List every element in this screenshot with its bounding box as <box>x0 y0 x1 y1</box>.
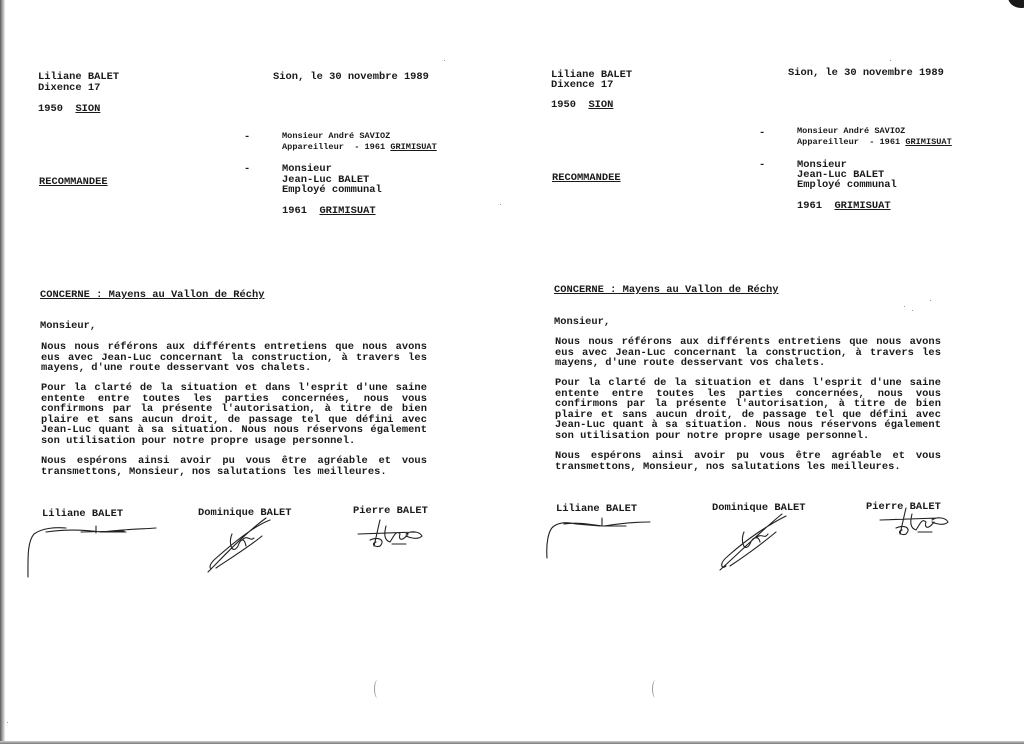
recipient-2-postcode: 1961 <box>282 205 307 217</box>
paragraph-1: Nous nous référons aux différents entret… <box>41 342 427 374</box>
sender-locality: 1950 SION <box>551 100 613 111</box>
place-date: Sion, le 30 novembre 1989 <box>788 68 944 79</box>
recipient-bullet: - <box>759 128 765 139</box>
sender-city: SION <box>75 103 100 115</box>
signature-dominique-icon <box>204 516 274 574</box>
place-date: Sion, le 30 novembre 1989 <box>273 72 429 83</box>
scan-speck <box>500 204 501 205</box>
signature-pierre-icon <box>878 506 948 542</box>
sender-locality: 1950 SION <box>38 104 100 115</box>
scan-speck <box>930 300 931 301</box>
sender-street: Dixence 17 <box>38 83 100 94</box>
recipient-1-city: GRIMISUAT <box>905 137 951 147</box>
sender-street: Dixence 17 <box>551 80 613 91</box>
signature-liliane-icon <box>546 516 656 560</box>
recipient-2-line3: Employé communal <box>797 180 897 191</box>
signature-liliane-icon <box>26 520 166 580</box>
signature-pierre-icon <box>356 518 426 554</box>
recipient-1-profession: Appareilleur - 1961 <box>797 137 905 147</box>
sender-city: SION <box>588 99 613 111</box>
recipient-2-postcode: 1961 <box>797 200 822 212</box>
sender-postcode: 1950 <box>551 99 576 111</box>
scan-speck <box>444 60 445 61</box>
recipient-1-line2: Appareilleur - 1961 GRIMISUAT <box>282 142 437 153</box>
recipient-1-city: GRIMISUAT <box>390 142 436 152</box>
scan-speck <box>904 306 905 307</box>
recipient-1-line1: Monsieur André SAVIOZ <box>282 131 390 142</box>
mention-recommandee: RECOMMANDEE <box>552 173 621 184</box>
paragraph-1: Nous nous référons aux différents entret… <box>555 337 941 369</box>
signatory-3-name: Pierre BALET <box>353 506 428 517</box>
signatory-1-name: Liliane BALET <box>42 509 123 520</box>
subject-line: CONCERNE : Mayens au Vallon de Réchy <box>40 290 264 301</box>
letter-left: Liliane BALET Dixence 17 1950 SION Sion,… <box>0 0 512 744</box>
recipient-bullet: - <box>244 132 250 143</box>
recipient-2-locality: 1961 GRIMISUAT <box>282 206 376 217</box>
letter-right: Liliane BALET Dixence 17 1950 SION Sion,… <box>512 0 1024 744</box>
scan-speck <box>7 722 8 723</box>
recipient-1-line1: Monsieur André SAVIOZ <box>797 126 905 137</box>
recipient-1-line2: Appareilleur - 1961 GRIMISUAT <box>797 137 952 148</box>
recipient-2-city: GRIMISUAT <box>319 205 375 217</box>
recipient-2-city: GRIMISUAT <box>834 200 890 212</box>
recipient-2-locality: 1961 GRIMISUAT <box>797 201 891 212</box>
paragraph-3: Nous espérons ainsi avoir pu vous être a… <box>555 451 941 472</box>
paragraph-2: Pour la clarté de la situation et dans l… <box>555 378 941 441</box>
recipient-2-line3: Employé communal <box>282 185 382 196</box>
paragraph-2: Pour la clarté de la situation et dans l… <box>41 383 427 446</box>
mention-recommandee: RECOMMANDEE <box>39 177 108 188</box>
recipient-bullet: - <box>759 160 765 171</box>
sender-postcode: 1950 <box>38 103 63 115</box>
recipient-bullet: - <box>244 164 250 175</box>
signatory-1-name: Liliane BALET <box>556 504 637 515</box>
salutation: Monsieur, <box>40 321 96 332</box>
signature-dominique-icon <box>716 512 788 574</box>
salutation: Monsieur, <box>554 317 610 328</box>
recipient-1-profession: Appareilleur - 1961 <box>282 142 390 152</box>
subject-line: CONCERNE : Mayens au Vallon de Réchy <box>554 285 778 296</box>
paragraph-3: Nous espérons ainsi avoir pu vous être a… <box>41 456 427 477</box>
scan-speck <box>912 310 913 311</box>
scan-speck <box>890 60 891 61</box>
